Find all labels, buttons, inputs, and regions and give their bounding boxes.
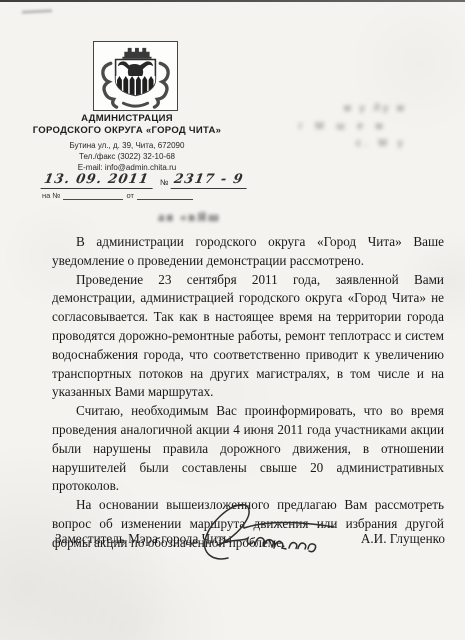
org-phone: Тел./факс (3022) 32-10-68 [18, 151, 236, 162]
handwritten-signature-icon [198, 497, 338, 567]
paragraph-2: Проведение 23 сентября 2011 года, заявле… [52, 271, 444, 403]
ref-na-blank-line [63, 191, 123, 200]
ref-na-label: на № [42, 191, 60, 200]
paragraph-1: В администрации городского округа «Город… [52, 233, 444, 271]
recipient-blurred-line: с. М у [356, 138, 407, 149]
recipient-blurred-line: м у Лу м [344, 103, 407, 114]
scan-edge-artifact [0, 0, 465, 2]
recipient-blurred-line: г М ш е м [299, 121, 388, 132]
signer-name: А.И. Глущенко [361, 531, 445, 547]
org-address: Бутина ул., д. 39, Чита, 672090 [18, 140, 236, 151]
paragraph-3: Считаю, необходимым Вас проинформировать… [52, 402, 444, 496]
subject-blurred-line: ая «вЯш [158, 210, 221, 225]
scanned-letter-page: АДМИНИСТРАЦИЯ ГОРОДСКОГО ОКРУГА «ГОРОД Ч… [0, 0, 465, 640]
org-name-line1: АДМИНИСТРАЦИЯ [18, 113, 236, 125]
scan-smudge-artifact [22, 9, 52, 14]
letterhead: АДМИНИСТРАЦИЯ ГОРОДСКОГО ОКРУГА «ГОРОД Ч… [18, 113, 236, 173]
incoming-ref-row: на № от [42, 191, 193, 200]
outgoing-date-handwritten: 13. 09. 2011 [41, 172, 156, 189]
ref-ot-label: от [126, 191, 133, 200]
chita-coat-of-arms-icon [93, 41, 178, 111]
outgoing-ref-row: 13. 09. 2011 № 2317 - 9 [42, 169, 249, 189]
org-name-line2: ГОРОДСКОГО ОКРУГА «ГОРОД ЧИТА» [18, 125, 236, 137]
ref-ot-blank-line [137, 191, 193, 200]
outgoing-number-handwritten: 2317 - 9 [171, 172, 250, 189]
